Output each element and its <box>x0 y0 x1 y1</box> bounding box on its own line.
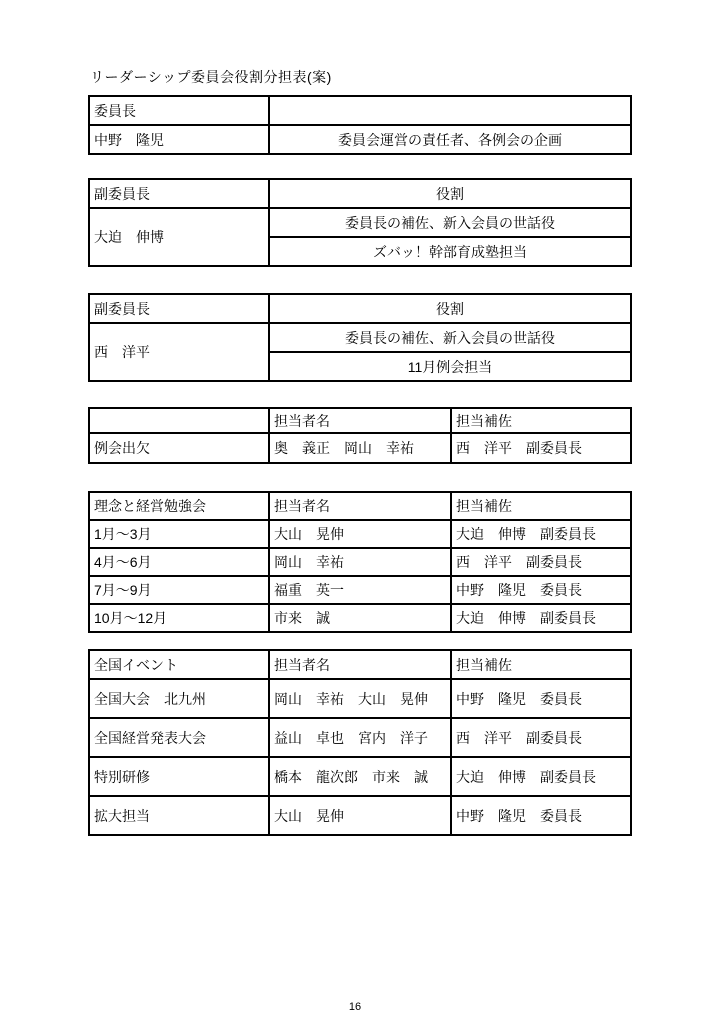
table-row: 特別研修 橋本 龍次郎 市来 誠 大迫 伸博 副委員長 <box>89 757 631 796</box>
study-group-assistant-cell: 中野 隆児 委員長 <box>451 576 631 604</box>
document-title: リーダーシップ委員会役割分担表(案) <box>90 68 630 86</box>
study-group-header-cell: 担当補佐 <box>451 492 631 520</box>
national-events-assistant-cell: 中野 隆児 委員長 <box>451 679 631 718</box>
study-group-period-cell: 7月～9月 <box>89 576 269 604</box>
chairman-title-cell: 委員長 <box>89 96 269 125</box>
vice-chair-1-role-cell: 委員長の補佐、新入会員の世話役 <box>269 208 631 237</box>
table-row: 副委員長 役割 <box>89 294 631 323</box>
document-content: リーダーシップ委員会役割分担表(案) 委員長 中野 隆児 委員会運営の責任者、各… <box>88 68 630 836</box>
table-row: 副委員長 役割 <box>89 179 631 208</box>
table-row: 西 洋平 委員長の補佐、新入会員の世話役 <box>89 323 631 352</box>
table-row: 拡大担当 大山 晃伸 中野 隆児 委員長 <box>89 796 631 835</box>
national-events-assistant-cell: 中野 隆児 委員長 <box>451 796 631 835</box>
attendance-header-cell: 担当補佐 <box>451 408 631 433</box>
study-group-person-cell: 市来 誠 <box>269 604 451 632</box>
national-events-assistant-cell: 大迫 伸博 副委員長 <box>451 757 631 796</box>
national-events-header-cell: 担当者名 <box>269 650 451 679</box>
national-events-person-cell: 益山 卓也 宮内 洋子 <box>269 718 451 757</box>
study-group-header-cell: 担当者名 <box>269 492 451 520</box>
vice-chair-2-role-cell: 委員長の補佐、新入会員の世話役 <box>269 323 631 352</box>
vice-chair-2-title-cell: 副委員長 <box>89 294 269 323</box>
study-group-period-cell: 10月～12月 <box>89 604 269 632</box>
table-row: 全国経営発表大会 益山 卓也 宮内 洋子 西 洋平 副委員長 <box>89 718 631 757</box>
study-group-assistant-cell: 大迫 伸博 副委員長 <box>451 520 631 548</box>
national-events-event-cell: 特別研修 <box>89 757 269 796</box>
table-row: 4月～6月 岡山 幸祐 西 洋平 副委員長 <box>89 548 631 576</box>
vice-chair-2-role-header-cell: 役割 <box>269 294 631 323</box>
national-events-header-cell: 全国イベント <box>89 650 269 679</box>
chairman-role-header-cell <box>269 96 631 125</box>
vice-chair-1-table: 副委員長 役割 大迫 伸博 委員長の補佐、新入会員の世話役 ズバッ！幹部育成塾担… <box>88 178 632 267</box>
vice-chair-1-title-cell: 副委員長 <box>89 179 269 208</box>
document-page: リーダーシップ委員会役割分担表(案) 委員長 中野 隆児 委員会運営の責任者、各… <box>0 0 724 1024</box>
vice-chair-2-name-cell: 西 洋平 <box>89 323 269 381</box>
table-row: 中野 隆児 委員会運営の責任者、各例会の企画 <box>89 125 631 154</box>
table-row: 大迫 伸博 委員長の補佐、新入会員の世話役 <box>89 208 631 237</box>
table-row: 1月～3月 大山 晃伸 大迫 伸博 副委員長 <box>89 520 631 548</box>
attendance-header-cell <box>89 408 269 433</box>
attendance-category-cell: 例会出欠 <box>89 433 269 463</box>
national-events-person-cell: 岡山 幸祐 大山 晃伸 <box>269 679 451 718</box>
table-row: 全国大会 北九州 岡山 幸祐 大山 晃伸 中野 隆児 委員長 <box>89 679 631 718</box>
attendance-person-cell: 奥 義正 岡山 幸祐 <box>269 433 451 463</box>
national-events-event-cell: 拡大担当 <box>89 796 269 835</box>
national-events-assistant-cell: 西 洋平 副委員長 <box>451 718 631 757</box>
vice-chair-1-name-cell: 大迫 伸博 <box>89 208 269 266</box>
table-header-row: 全国イベント 担当者名 担当補佐 <box>89 650 631 679</box>
study-group-table: 理念と経営勉強会 担当者名 担当補佐 1月～3月 大山 晃伸 大迫 伸博 副委員… <box>88 491 632 633</box>
table-row: 7月～9月 福重 英一 中野 隆児 委員長 <box>89 576 631 604</box>
vice-chair-1-role-cell: ズバッ！幹部育成塾担当 <box>269 237 631 266</box>
study-group-period-cell: 1月～3月 <box>89 520 269 548</box>
chairman-role-cell: 委員会運営の責任者、各例会の企画 <box>269 125 631 154</box>
attendance-assistant-cell: 西 洋平 副委員長 <box>451 433 631 463</box>
national-events-table: 全国イベント 担当者名 担当補佐 全国大会 北九州 岡山 幸祐 大山 晃伸 中野… <box>88 649 632 836</box>
study-group-person-cell: 岡山 幸祐 <box>269 548 451 576</box>
page-number: 16 <box>0 1001 710 1013</box>
attendance-header-cell: 担当者名 <box>269 408 451 433</box>
vice-chair-2-role-cell: 11月例会担当 <box>269 352 631 381</box>
table-row: 委員長 <box>89 96 631 125</box>
national-events-event-cell: 全国大会 北九州 <box>89 679 269 718</box>
study-group-header-cell: 理念と経営勉強会 <box>89 492 269 520</box>
table-row: 例会出欠 奥 義正 岡山 幸祐 西 洋平 副委員長 <box>89 433 631 463</box>
vice-chair-2-table: 副委員長 役割 西 洋平 委員長の補佐、新入会員の世話役 11月例会担当 <box>88 293 632 382</box>
table-header-row: 理念と経営勉強会 担当者名 担当補佐 <box>89 492 631 520</box>
study-group-person-cell: 大山 晃伸 <box>269 520 451 548</box>
national-events-header-cell: 担当補佐 <box>451 650 631 679</box>
attendance-table: 担当者名 担当補佐 例会出欠 奥 義正 岡山 幸祐 西 洋平 副委員長 <box>88 407 632 464</box>
national-events-person-cell: 橋本 龍次郎 市来 誠 <box>269 757 451 796</box>
study-group-person-cell: 福重 英一 <box>269 576 451 604</box>
study-group-period-cell: 4月～6月 <box>89 548 269 576</box>
national-events-person-cell: 大山 晃伸 <box>269 796 451 835</box>
table-header-row: 担当者名 担当補佐 <box>89 408 631 433</box>
table-row: 10月～12月 市来 誠 大迫 伸博 副委員長 <box>89 604 631 632</box>
chairman-table: 委員長 中野 隆児 委員会運営の責任者、各例会の企画 <box>88 95 632 155</box>
vice-chair-1-role-header-cell: 役割 <box>269 179 631 208</box>
study-group-assistant-cell: 西 洋平 副委員長 <box>451 548 631 576</box>
study-group-assistant-cell: 大迫 伸博 副委員長 <box>451 604 631 632</box>
chairman-name-cell: 中野 隆児 <box>89 125 269 154</box>
national-events-event-cell: 全国経営発表大会 <box>89 718 269 757</box>
